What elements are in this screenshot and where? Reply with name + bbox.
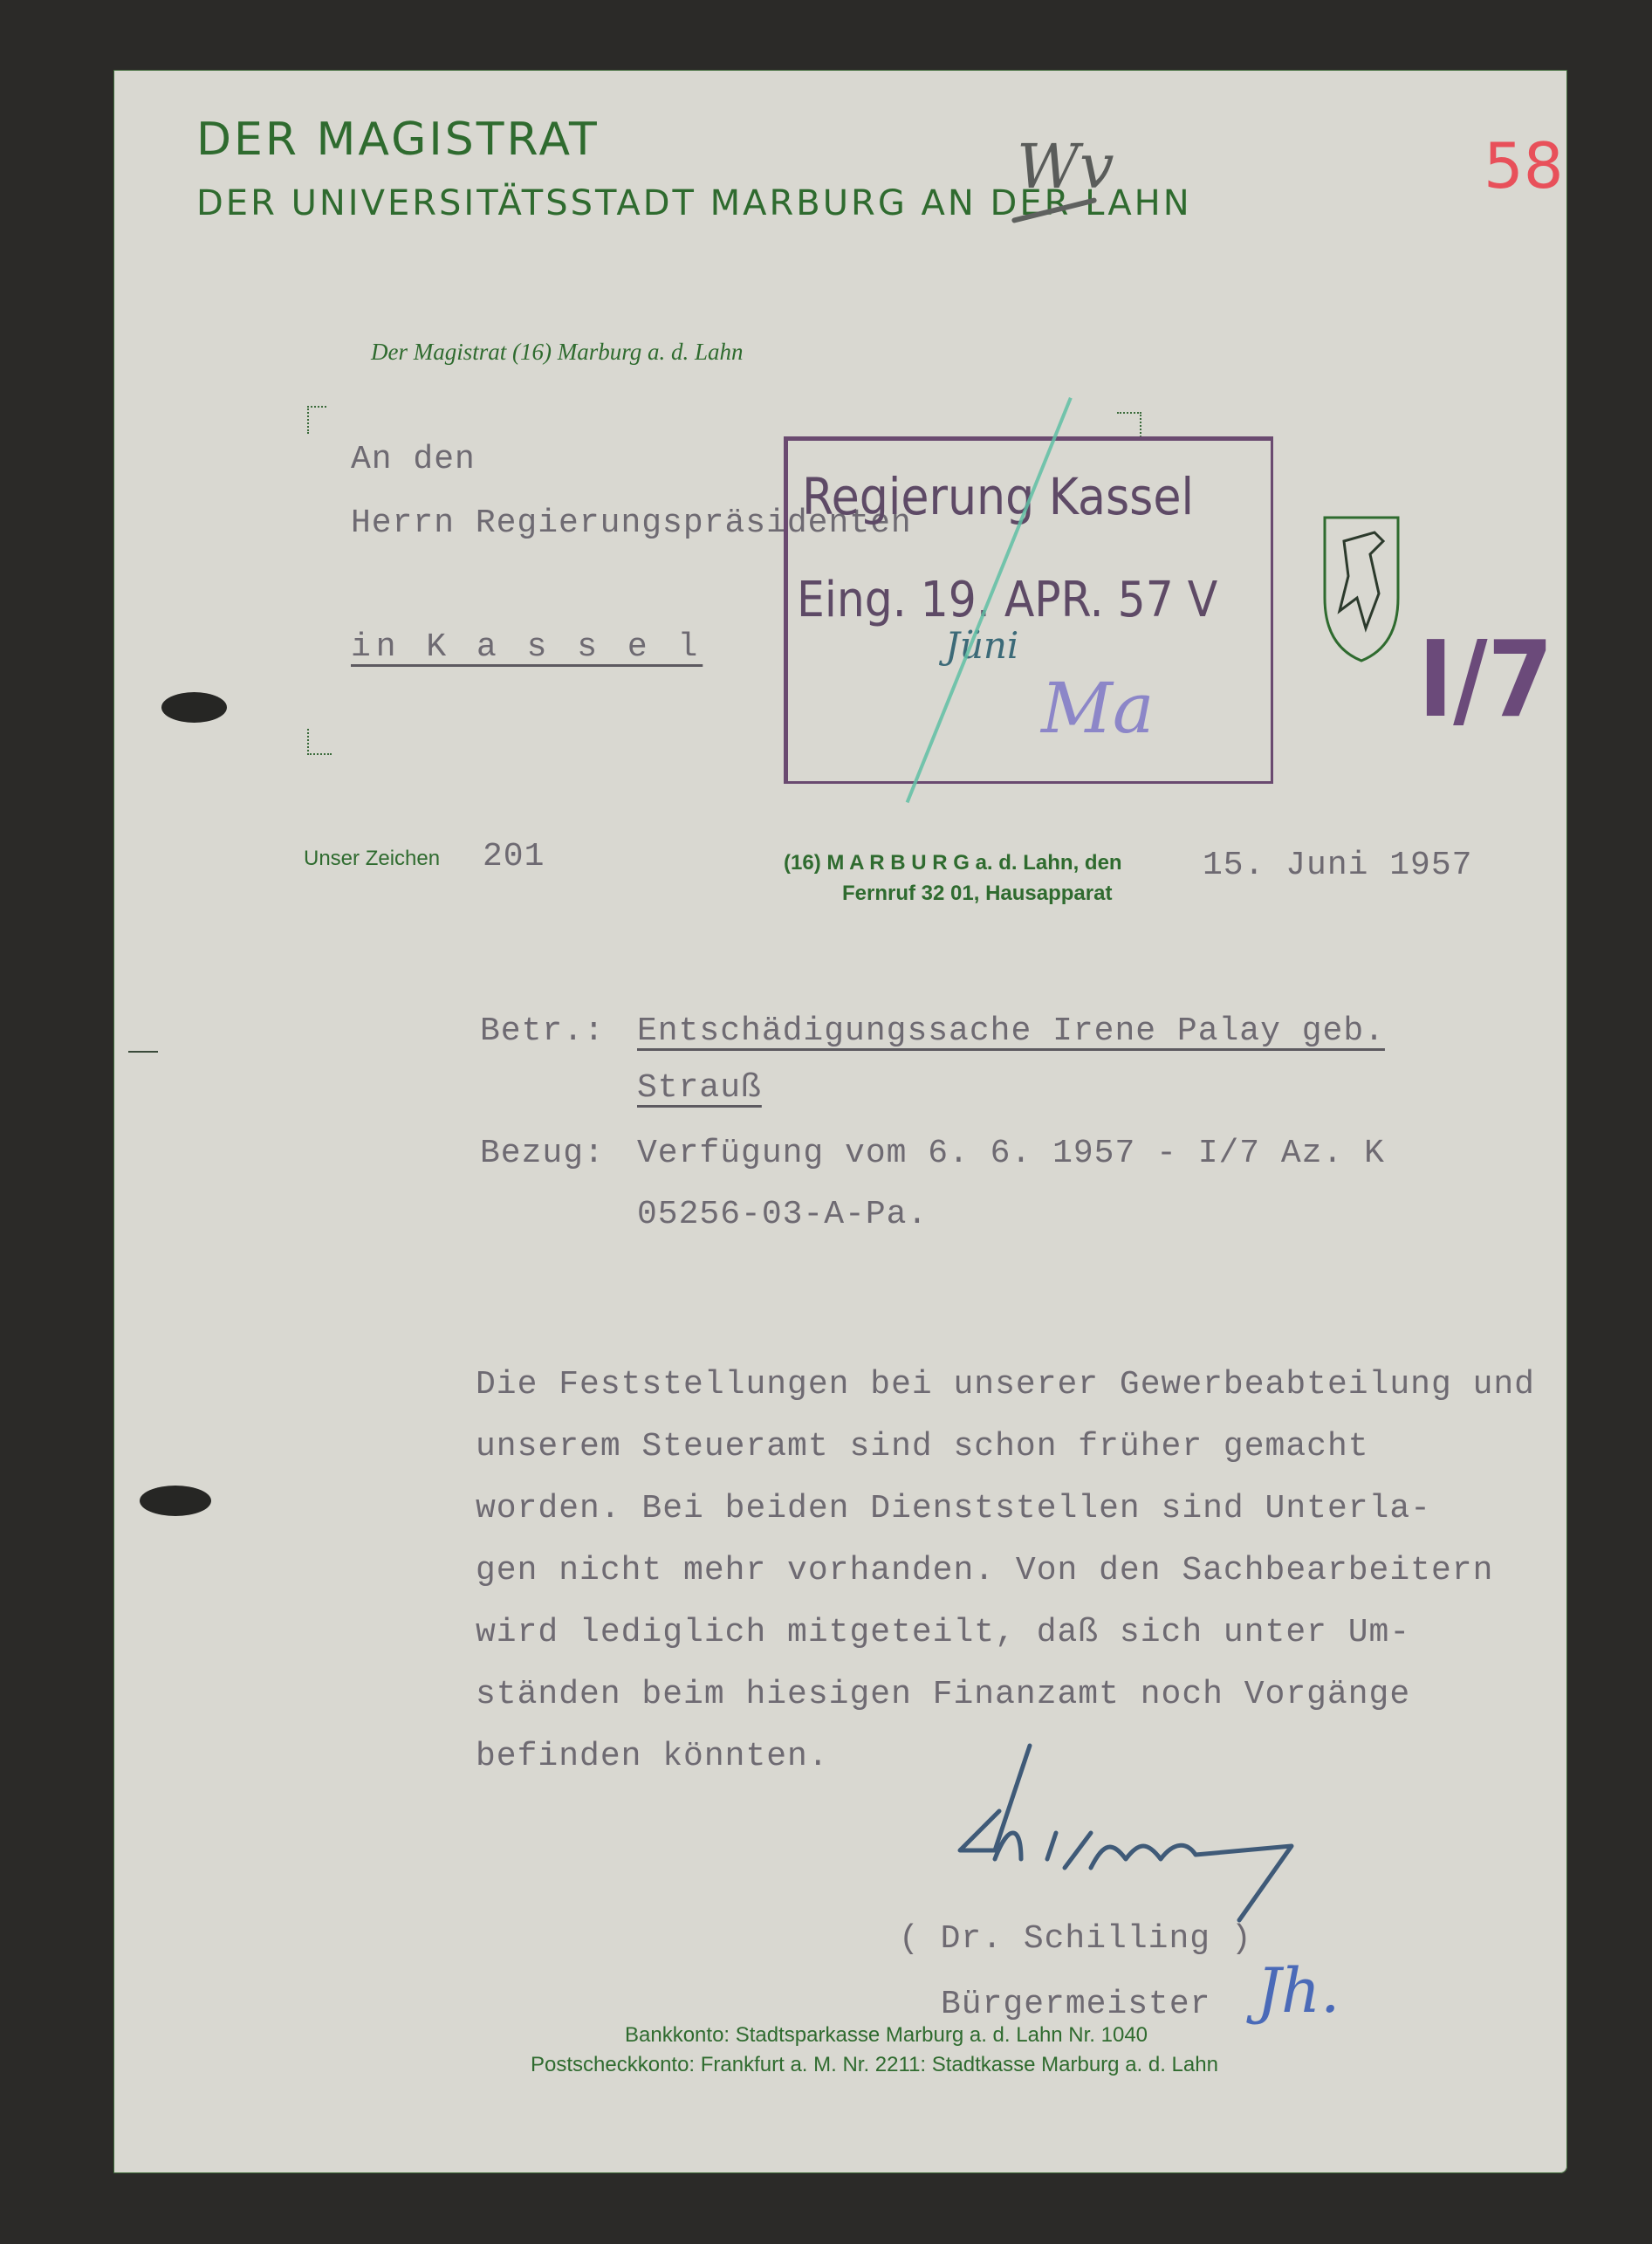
punch-hole-bottom xyxy=(140,1486,211,1516)
body-line-2: unserem Steueramt sind schon früher gema… xyxy=(476,1428,1369,1465)
window-corner-tl xyxy=(307,406,326,434)
sender-line: Der Magistrat (16) Marburg a. d. Lahn xyxy=(371,339,744,366)
bezug-label: Bezug: xyxy=(480,1135,605,1172)
body-line-5: wird lediglich mitgeteilt, daß sich unte… xyxy=(476,1614,1410,1651)
stamp-line-2: Eing. 19. APR. 57 V xyxy=(797,572,1217,628)
footer-bank: Bankkonto: Stadtsparkasse Marburg a. d. … xyxy=(625,2023,1148,2048)
signatory-name: ( Dr. Schilling ) xyxy=(899,1920,1252,1958)
reference-value: 201 xyxy=(483,838,545,875)
footer-postal: Postscheckkonto: Frankfurt a. M. Nr. 221… xyxy=(531,2053,1218,2077)
stamp-initials-violet: Ma xyxy=(1041,668,1155,749)
receipt-stamp: Regierung Kassel Eing. 19. APR. 57 V Jün… xyxy=(784,436,1273,784)
body-line-4: gen nicht mehr vorhanden. Von den Sachbe… xyxy=(476,1552,1493,1589)
sign-off-initials: Jh. xyxy=(1257,1955,1340,2027)
department-code: I/7 xyxy=(1418,620,1553,741)
body-line-1: Die Feststellungen bei unserer Gewerbeab… xyxy=(476,1366,1535,1403)
body-line-7: befinden könnten. xyxy=(476,1738,829,1775)
fold-mark xyxy=(128,1051,158,1053)
recipient-line-3: in K a s s e l xyxy=(351,628,703,666)
stamp-line-1: Regierung Kassel xyxy=(802,467,1194,526)
signatory-title: Bürgermeister xyxy=(941,1986,1210,2023)
pencil-initials: Wv xyxy=(1017,131,1114,202)
letter-date: 15. Juni 1957 xyxy=(1203,847,1472,884)
betr-line-1: Entschädigungssache Irene Palay geb. xyxy=(637,1012,1385,1050)
stamp-initials-blue: Jüni xyxy=(945,624,1018,667)
punch-hole-top xyxy=(161,692,227,723)
betr-label: Betr.: xyxy=(480,1012,605,1050)
body-line-6: ständen beim hiesigen Finanzamt noch Vor… xyxy=(476,1676,1410,1713)
signature-icon xyxy=(925,1737,1414,1929)
reference-label: Unser Zeichen xyxy=(304,847,440,871)
betr-line-2: Strauß xyxy=(637,1069,762,1107)
bezug-line-2: 05256-03-A-Pa. xyxy=(637,1196,928,1233)
letterhead-title: DER MAGISTRAT xyxy=(196,113,600,166)
bezug-line-1: Verfügung vom 6. 6. 1957 - I/7 Az. K xyxy=(637,1135,1385,1172)
window-corner-bl xyxy=(307,729,332,755)
hesse-crest-icon xyxy=(1300,515,1422,663)
body-line-3: worden. Bei beiden Dienststellen sind Un… xyxy=(476,1490,1431,1527)
place-label: (16) M A R B U R G a. d. Lahn, den xyxy=(784,851,1122,875)
page-number: 58 xyxy=(1484,129,1564,202)
recipient-line-1: An den xyxy=(351,441,476,478)
phone-label: Fernruf 32 01, Hausapparat xyxy=(842,882,1112,906)
